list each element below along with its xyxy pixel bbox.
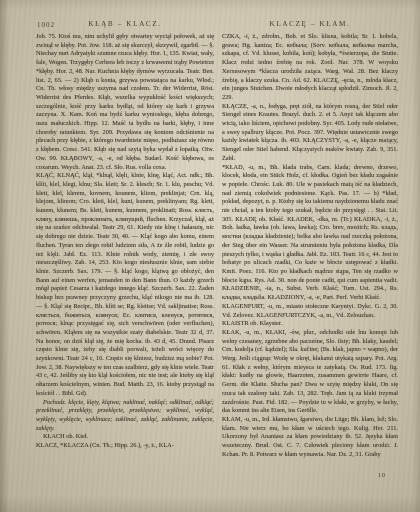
scanned-dictionary-page: 1002 KŁĄB – KLACZ. KLACZĘ – KŁAM. Job. 7… xyxy=(0,0,420,512)
entry-klagenfurt: KLAGENFURT, -u, m., miasto stołeczne Kar… xyxy=(222,303,398,320)
entry-klab-continuation: Job. 75. Ktoś mu, nim uchylił gęby otwar… xyxy=(36,33,214,172)
right-column: CZKA, -i, ż., zdrobn., Boh. et Slo. klis… xyxy=(222,33,398,485)
entry-klaistr-crossref: KLAISTR ob. Klayster. xyxy=(222,320,398,329)
entry-klam: KŁAM, -u, m., Ird. kłamstwo, łgarstwo, d… xyxy=(222,416,398,460)
entry-klacz-catchline: KLACZ, *KLACZA (Cn. Th.; Hipp. 26.), -y,… xyxy=(36,442,214,451)
signature-mark: 10 xyxy=(378,472,386,479)
entry-klac-klnac: KLĄĆ, KLNĄĆ, klął, *klnął, klęli, klnie,… xyxy=(36,172,214,398)
entry-klaczka-continuation: CZKA, -i, ż., zdrobn., Boh. et Slo. klis… xyxy=(222,33,398,103)
entry-klach-crossref: KŁACH ob. Kieł. xyxy=(36,433,214,442)
left-column: Job. 75. Ktoś mu, nim uchylił gęby otwar… xyxy=(36,33,214,485)
paragraph-pochodz-derivatives: Pochodz. klęcie, klęty, klątwa; naklinać… xyxy=(36,399,214,434)
entry-klak: KŁAK, -u, m., KŁAKI, -ów, plur., odchodk… xyxy=(222,329,398,416)
entry-klad-kladka: *KŁAD, -u, m., Bh. klada trabs, Carn. kl… xyxy=(222,164,398,303)
running-head-right: KLACZĘ – KŁAM. xyxy=(222,20,398,28)
running-head-left: KŁĄB – KLACZ. xyxy=(36,20,214,28)
entry-klacze-stalk: KŁĄCZE, -a, n., łodyga, pręt ziół, na kt… xyxy=(222,103,398,164)
